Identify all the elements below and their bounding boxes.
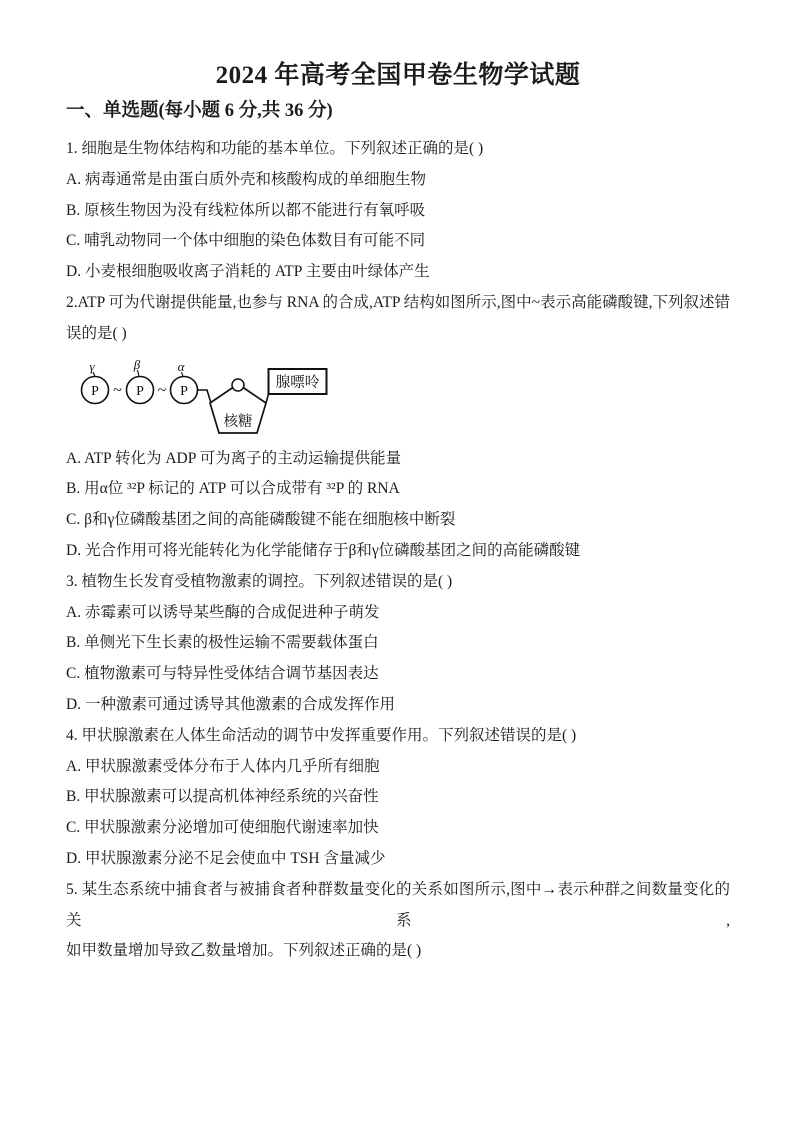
q4-stem: 4. 甲状腺激素在人体生命活动的调节中发挥重要作用。下列叙述错误的是( ) xyxy=(66,721,730,752)
q4-option-b: B. 甲状腺激素可以提高机体神经系统的兴奋性 xyxy=(66,782,730,813)
q2-option-c: C. β和γ位磷酸基团之间的高能磷酸键不能在细胞核中断裂 xyxy=(66,505,730,536)
q3-option-d: D. 一种激素可通过诱导其他激素的合成发挥作用 xyxy=(66,690,730,721)
q1-option-b: B. 原核生物因为没有线粒体所以都不能进行有氧呼吸 xyxy=(66,196,730,227)
q3-stem: 3. 植物生长发育受植物激素的调控。下列叙述错误的是( ) xyxy=(66,567,730,598)
adenine-label: 腺嘌呤 xyxy=(276,374,320,391)
page-title: 2024 年高考全国甲卷生物学试题 xyxy=(66,60,730,92)
atp-structure-diagram: γ P ~ β P ~ α P 核糖 腺嘌呤 xyxy=(66,352,346,444)
bond-line-ribose-adenine xyxy=(266,394,269,403)
q2-option-a: A. ATP 转化为 ADP 可为离子的主动运输提供能量 xyxy=(66,444,730,475)
exam-page: 2024 年高考全国甲卷生物学试题 一、单选题(每小题 6 分,共 36 分) … xyxy=(0,0,793,1122)
q2-stem-line1: 2.ATP 可为代谢提供能量,也参与 RNA 的合成,ATP 结构如图所示,图中… xyxy=(66,288,730,319)
q4-option-c: C. 甲状腺激素分泌增加可使细胞代谢速率加快 xyxy=(66,813,730,844)
q5-stem-line2: 如甲数量增加导致乙数量增加。下列叙述正确的是( ) xyxy=(66,936,730,967)
q2-option-b: B. 用α位 ³²P 标记的 ATP 可以合成带有 ³²P 的 RNA xyxy=(66,474,730,505)
bond-line-p-ribose xyxy=(197,390,211,403)
q3-option-a: A. 赤霉素可以诱导某些酶的合成促进种子萌发 xyxy=(66,598,730,629)
q4-option-a: A. 甲状腺激素受体分布于人体内几乎所有细胞 xyxy=(66,752,730,783)
q1-option-c: C. 哺乳动物同一个体中细胞的染色体数目有可能不同 xyxy=(66,226,730,257)
q1-option-d: D. 小麦根细胞吸收离子消耗的 ATP 主要由叶绿体产生 xyxy=(66,257,730,288)
q4-option-d: D. 甲状腺激素分泌不足会使血中 TSH 含量减少 xyxy=(66,844,730,875)
q2-stem-line2: 误的是( ) xyxy=(66,319,730,350)
high-energy-bond-1: ~ xyxy=(113,382,122,399)
ribose-label: 核糖 xyxy=(224,412,253,430)
phosphate-p-gamma: P xyxy=(91,384,99,399)
beta-label: β xyxy=(133,357,141,372)
phosphate-p-beta: P xyxy=(136,384,144,399)
phosphate-p-alpha: P xyxy=(180,384,188,399)
q1-option-a: A. 病毒通常是由蛋白质外壳和核酸构成的单细胞生物 xyxy=(66,165,730,196)
q3-option-b: B. 单侧光下生长素的极性运输不需要载体蛋白 xyxy=(66,628,730,659)
section-heading: 一、单选题(每小题 6 分,共 36 分) xyxy=(66,96,730,126)
q1-stem: 1. 细胞是生物体结构和功能的基本单位。下列叙述正确的是( ) xyxy=(66,134,730,165)
gamma-label: γ xyxy=(89,359,95,374)
q3-option-c: C. 植物激素可与特异性受体结合调节基因表达 xyxy=(66,659,730,690)
high-energy-bond-2: ~ xyxy=(158,382,167,399)
q2-option-d: D. 光合作用可将光能转化为化学能储存于β和γ位磷酸基团之间的高能磷酸键 xyxy=(66,536,730,567)
alpha-label: α xyxy=(178,359,186,374)
ribose-oxygen xyxy=(232,379,244,391)
q5-stem-line1: 5. 某生态系统中捕食者与被捕食者种群数量变化的关系如图所示,图中→表示种群之间… xyxy=(66,875,730,937)
